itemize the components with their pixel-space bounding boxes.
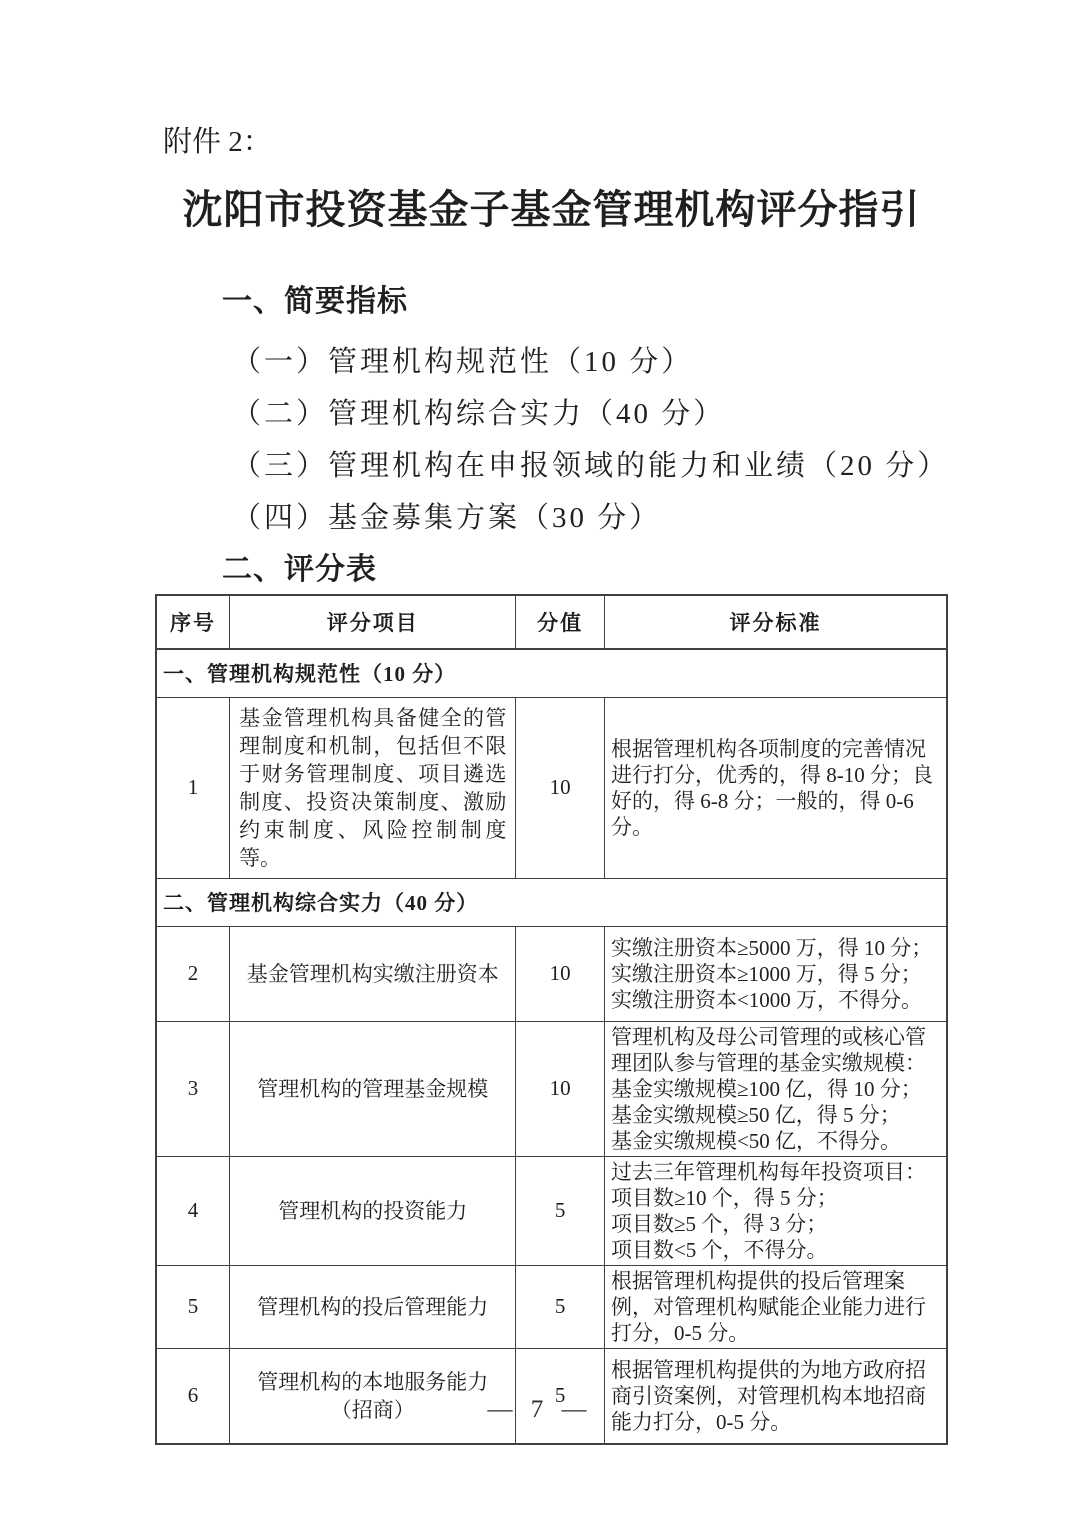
cell-no: 4 — [156, 1156, 230, 1265]
table-header-row: 序号 评分项目 分值 评分标准 — [156, 595, 947, 649]
page-title: 沈阳市投资基金子基金管理机构评分指引 — [155, 186, 948, 234]
section-heading-scoring-table: 二、评分表 — [222, 552, 948, 588]
cell-score: 10 — [516, 697, 605, 878]
cell-criteria: 根据管理机构各项制度的完善情况进行打分，优秀的，得 8-10 分；良好的，得 6… — [604, 697, 947, 878]
cell-no: 1 — [156, 697, 230, 878]
column-header-no: 序号 — [156, 595, 230, 649]
cell-score: 10 — [516, 926, 605, 1021]
cell-item: 管理机构的投资能力 — [230, 1156, 516, 1265]
cell-criteria: 过去三年管理机构每年投资项目： 项目数≥10 个，得 5 分； 项目数≥5 个，… — [604, 1156, 947, 1265]
document-content: 附件 2： 沈阳市投资基金子基金管理机构评分指引 一、简要指标 （一）管理机构规… — [155, 0, 948, 1445]
section-heading-brief-indicators: 一、简要指标 — [222, 284, 948, 320]
cell-item: 管理机构的投后管理能力 — [230, 1265, 516, 1348]
attachment-label: 附件 2： — [163, 124, 948, 160]
outline-item-4: （四）基金募集方案（30 分） — [232, 500, 948, 536]
column-header-criteria: 评分标准 — [604, 595, 947, 649]
document-page: 附件 2： 沈阳市投资基金子基金管理机构评分指引 一、简要指标 （一）管理机构规… — [0, 0, 1080, 1528]
scoring-table: 序号 评分项目 分值 评分标准 一、管理机构规范性（10 分） 1 基金管理机构… — [155, 594, 948, 1445]
outline-item-1: （一）管理机构规范性（10 分） — [232, 344, 948, 380]
table-row: 1 基金管理机构具备健全的管理制度和机制，包括但不限于财务管理制度、项目遴选制度… — [156, 697, 947, 878]
cell-score: 5 — [516, 1156, 605, 1265]
cell-no: 5 — [156, 1265, 230, 1348]
table-group-header-1: 一、管理机构规范性（10 分） — [156, 649, 947, 697]
group-title-1: 一、管理机构规范性（10 分） — [156, 649, 947, 697]
cell-item: 基金管理机构实缴注册资本 — [230, 926, 516, 1021]
group-title-2: 二、管理机构综合实力（40 分） — [156, 878, 947, 926]
cell-criteria: 管理机构及母公司管理的或核心管理团队参与管理的基金实缴规模： 基金实缴规模≥10… — [604, 1021, 947, 1156]
brief-indicator-list: （一）管理机构规范性（10 分） （二）管理机构综合实力（40 分） （三）管理… — [155, 344, 948, 536]
cell-criteria: 根据管理机构提供的投后管理案例，对管理机构赋能企业能力进行打分，0-5 分。 — [604, 1265, 947, 1348]
outline-item-2: （二）管理机构综合实力（40 分） — [232, 396, 948, 432]
table-row: 4 管理机构的投资能力 5 过去三年管理机构每年投资项目： 项目数≥10 个，得… — [156, 1156, 947, 1265]
cell-item: 基金管理机构具备健全的管理制度和机制，包括但不限于财务管理制度、项目遴选制度、投… — [230, 697, 516, 878]
page-number: — 7 — — [0, 1396, 1080, 1424]
table-group-header-2: 二、管理机构综合实力（40 分） — [156, 878, 947, 926]
cell-no: 3 — [156, 1021, 230, 1156]
cell-item: 管理机构的管理基金规模 — [230, 1021, 516, 1156]
outline-item-3: （三）管理机构在申报领域的能力和业绩（20 分） — [232, 448, 948, 484]
column-header-item: 评分项目 — [230, 595, 516, 649]
cell-score: 5 — [516, 1265, 605, 1348]
cell-no: 2 — [156, 926, 230, 1021]
table-row: 2 基金管理机构实缴注册资本 10 实缴注册资本≥5000 万，得 10 分； … — [156, 926, 947, 1021]
table-row: 3 管理机构的管理基金规模 10 管理机构及母公司管理的或核心管理团队参与管理的… — [156, 1021, 947, 1156]
table-row: 5 管理机构的投后管理能力 5 根据管理机构提供的投后管理案例，对管理机构赋能企… — [156, 1265, 947, 1348]
cell-criteria: 实缴注册资本≥5000 万，得 10 分； 实缴注册资本≥1000 万，得 5 … — [604, 926, 947, 1021]
column-header-score: 分值 — [516, 595, 605, 649]
cell-score: 10 — [516, 1021, 605, 1156]
